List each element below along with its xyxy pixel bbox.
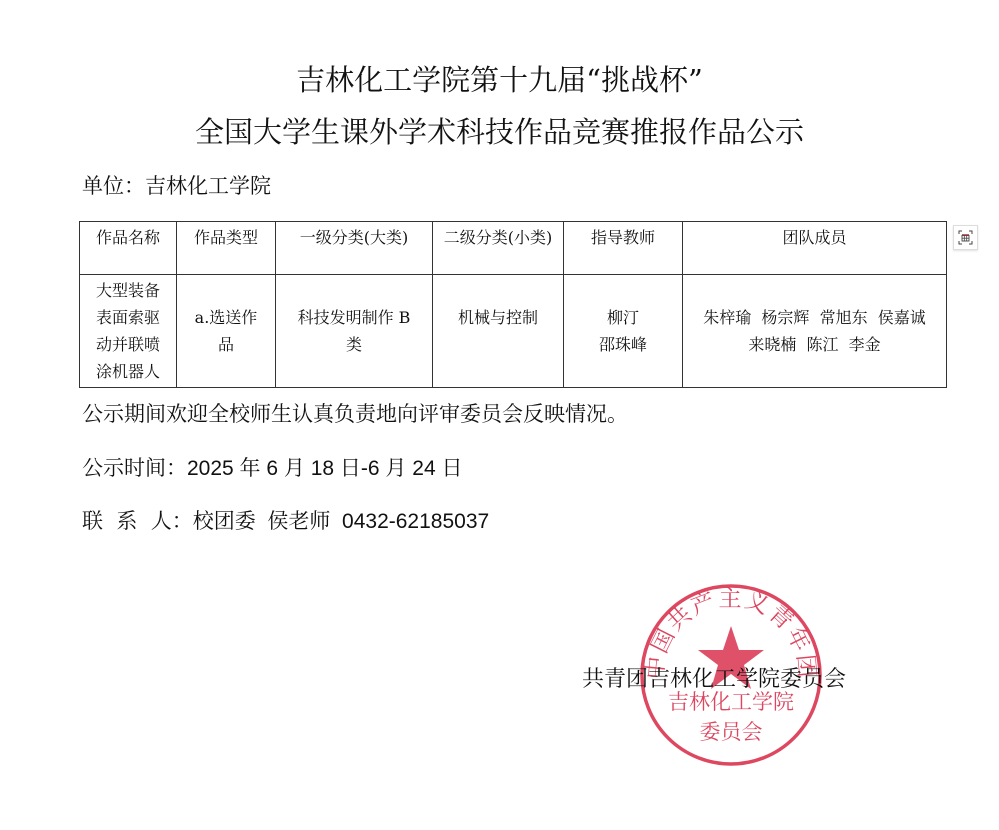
notice-contact: 联 系 人：校团委 侯老师 0432-62185037 — [82, 505, 489, 535]
header-name: 作品名称 — [80, 222, 177, 275]
notice-time: 公示时间：2025 年 6 月 18 日-6 月 24 日 — [82, 452, 462, 482]
time-label: 公示时间： — [82, 456, 187, 480]
header-type: 作品类型 — [177, 222, 276, 275]
project-name-line: 动并联喷 — [86, 331, 170, 358]
advisor-name: 邵珠峰 — [570, 331, 676, 358]
header-members: 团队成员 — [683, 222, 947, 275]
cell-category1: 科技发明制作 B 类 — [276, 275, 433, 388]
seal-line2: 委员会 — [700, 720, 763, 744]
time-value: 2025 年 6 月 18 日-6 月 24 日 — [187, 457, 462, 480]
contact-value: 校团委 侯老师 0432-62185037 — [193, 510, 489, 533]
contact-label: 联 系 人： — [82, 509, 193, 533]
cell-members: 朱梓瑜 杨宗辉 常旭东 侯嘉诚 来晓楠 陈江 李金 — [683, 275, 947, 388]
table-view-icon — [958, 230, 973, 245]
cell-project-type: a.选送作 品 — [177, 275, 276, 388]
unit-line: 单位：吉林化工学院 — [82, 170, 271, 200]
members-line: 朱梓瑜 杨宗辉 常旭东 侯嘉诚 — [689, 304, 940, 331]
header-advisor: 指导教师 — [564, 222, 683, 275]
members-line: 来晓楠 陈江 李金 — [689, 331, 940, 358]
notice-text: 公示期间欢迎全校师生认真负责地向评审委员会反映情况。 — [82, 398, 628, 428]
document-title-line2: 全国大学生课外学术科技作品竞赛推报作品公示 — [0, 110, 999, 151]
table-header-row: 作品名称 作品类型 一级分类(大类) 二级分类(小类) 指导教师 团队成员 — [80, 222, 947, 275]
project-name-line: 表面索驱 — [86, 304, 170, 331]
project-type-line: a.选送作 — [183, 304, 269, 331]
table-view-button[interactable] — [953, 225, 978, 250]
category2-value: 机械与控制 — [439, 304, 557, 331]
header-category1: 一级分类(大类) — [276, 222, 433, 275]
advisor-name: 柳汀 — [570, 304, 676, 331]
document-title-line1: 吉林化工学院第十九届“挑战杯” — [0, 58, 999, 99]
category1-line: 类 — [282, 331, 426, 358]
seal-line1: 吉林化工学院 — [668, 690, 794, 714]
cell-advisors: 柳汀 邵珠峰 — [564, 275, 683, 388]
project-type-line: 品 — [183, 331, 269, 358]
unit-label: 单位： — [82, 174, 145, 198]
award-table: 作品名称 作品类型 一级分类(大类) 二级分类(小类) 指导教师 团队成员 大型… — [79, 221, 947, 388]
unit-value: 吉林化工学院 — [145, 174, 271, 198]
cell-project-name: 大型装备 表面索驱 动并联喷 涂机器人 — [80, 275, 177, 388]
project-name-line: 涂机器人 — [86, 358, 170, 385]
table-row: 大型装备 表面索驱 动并联喷 涂机器人 a.选送作 品 科技发明制作 B 类 机… — [80, 275, 947, 388]
category1-line: 科技发明制作 B — [282, 304, 426, 331]
cell-category2: 机械与控制 — [433, 275, 564, 388]
project-name-line: 大型装备 — [86, 277, 170, 304]
signing-organization: 共青团吉林化工学院委员会 — [582, 662, 846, 693]
header-category2: 二级分类(小类) — [433, 222, 564, 275]
